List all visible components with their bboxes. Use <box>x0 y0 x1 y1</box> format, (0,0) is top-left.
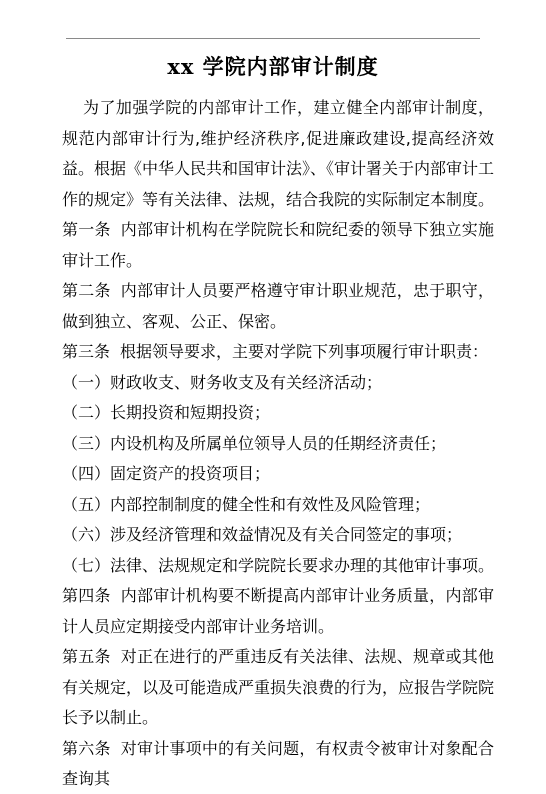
list-item-5: （五）内部控制制度的健全性和有效性及风险管理； <box>62 490 494 521</box>
list-item-2: （二）长期投资和短期投资； <box>62 398 494 429</box>
article-1-label: 第一条 <box>62 220 111 239</box>
article-4-label: 第四条 <box>62 586 111 605</box>
list-item-6: （六）涉及经济管理和效益情况及有关合同签定的事项； <box>62 520 494 551</box>
article-4-text: 内部审计机构要不断提高内部审计业务质量，内部审计人员应定期接受内部审计业务培训。 <box>62 586 494 636</box>
article-3: 第三条根据领导要求，主要对学院下列事项履行审计职责： <box>62 337 494 368</box>
list-item-4: （四）固定资产的投资项目； <box>62 459 494 490</box>
intro-paragraph: 为了加强学院的内部审计工作，建立健全内部审计制度，规范内部审计行为,维护经济秩序… <box>62 93 494 215</box>
list-item-3: （三）内设机构及所属单位领导人员的任期经济责任； <box>62 429 494 460</box>
article-1: 第一条内部审计机构在学院院长和院纪委的领导下独立实施审计工作。 <box>62 215 494 276</box>
list-item-1: （一）财政收支、财务收支及有关经济活动； <box>62 368 494 399</box>
article-2-label: 第二条 <box>62 281 111 300</box>
list-item-7: （七）法律、法规规定和学院院长要求办理的其他审计事项。 <box>62 551 494 582</box>
header-rule <box>66 38 480 39</box>
article-3-text: 根据领导要求，主要对学院下列事项履行审计职责： <box>120 342 488 361</box>
article-2-text: 内部审计人员要严格遵守审计职业规范，忠于职守，做到独立、客观、公正、保密。 <box>62 281 494 331</box>
document-body: 为了加强学院的内部审计工作，建立健全内部审计制度，规范内部审计行为,维护经济秩序… <box>62 93 494 794</box>
article-3-label: 第三条 <box>62 342 110 361</box>
article-5-label: 第五条 <box>62 647 111 666</box>
article-6: 第六条对审计事项中的有关问题，有权责令被审计对象配合查询其 <box>62 734 494 794</box>
article-5-text: 对正在进行的严重违反有关法律、法规、规章或其他有关规定，以及可能造成严重损失浪费… <box>62 647 494 727</box>
article-4: 第四条内部审计机构要不断提高内部审计业务质量，内部审计人员应定期接受内部审计业务… <box>62 581 494 642</box>
article-1-text: 内部审计机构在学院院长和院纪委的领导下独立实施审计工作。 <box>62 220 494 270</box>
document-page: xx 学院内部审计制度 为了加强学院的内部审计工作，建立健全内部审计制度，规范内… <box>0 0 546 794</box>
article-6-label: 第六条 <box>62 739 111 758</box>
article-2: 第二条内部审计人员要严格遵守审计职业规范，忠于职守，做到独立、客观、公正、保密。 <box>62 276 494 337</box>
article-6-text: 对审计事项中的有关问题，有权责令被审计对象配合查询其 <box>62 739 494 789</box>
document-title: xx 学院内部审计制度 <box>57 51 489 81</box>
article-5: 第五条对正在进行的严重违反有关法律、法规、规章或其他有关规定，以及可能造成严重损… <box>62 642 494 734</box>
